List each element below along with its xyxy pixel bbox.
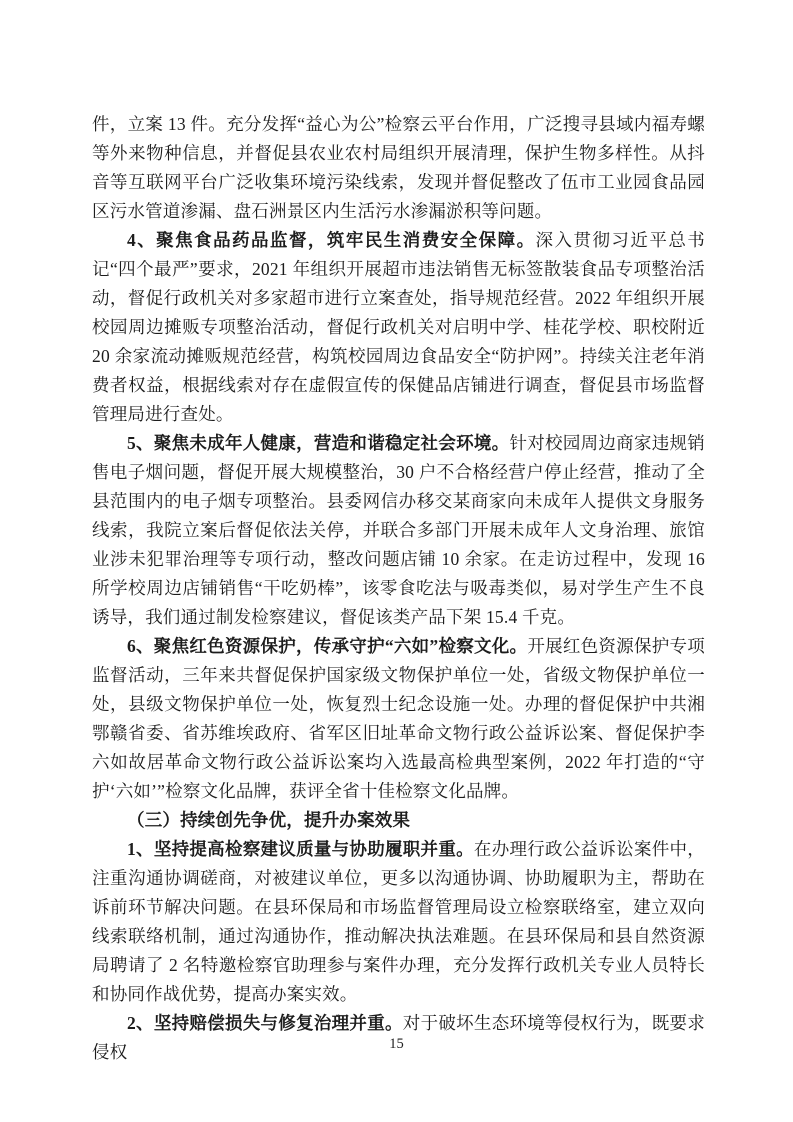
section-heading: （三）持续创先争优，提升办案效果 (92, 806, 705, 835)
paragraph-item-6: 6、聚焦红色资源保护，传承守护“六如”检察文化。开展红色资源保护专项监督活动，三… (92, 632, 705, 806)
paragraph-lead: 1、坚持提高检察建议质量与协助履职并重。 (127, 839, 474, 859)
paragraph-item-4: 4、聚焦食品药品监督，筑牢民生消费安全保障。深入贯彻习近平总书记“四个最严”要求… (92, 226, 705, 429)
paragraph-lead: 5、聚焦未成年人健康，营造和谐稳定社会环境。 (127, 433, 509, 453)
paragraph-text: 针对校园周边商家违规销售电子烟问题，督促开展大规模整治，30 户不合格经营户停止… (92, 433, 705, 627)
paragraph-text: 深入贯彻习近平总书记“四个最严”要求，2021 年组织开展超市违法销售无标签散装… (92, 230, 705, 424)
section-heading-text: （三）持续创先争优，提升办案效果 (127, 810, 410, 830)
page-number: 15 (0, 1036, 793, 1053)
paragraph-text: 开展红色资源保护专项监督活动，三年来共督促保护国家级文物保护单位一处，省级文物保… (92, 636, 705, 801)
paragraph-lead: 4、聚焦食品药品监督，筑牢民生消费安全保障。 (127, 230, 536, 250)
paragraph-lead: 6、聚焦红色资源保护，传承守护“六如”检察文化。 (127, 636, 527, 656)
paragraph-text: 件，立案 13 件。充分发挥“益心为公”检察云平台作用，广泛搜寻县域内福寿螺等外… (92, 114, 705, 221)
paragraph-item-5: 5、聚焦未成年人健康，营造和谐稳定社会环境。针对校园周边商家违规销售电子烟问题，… (92, 429, 705, 632)
paragraph-lead: 2、坚持赔偿损失与修复治理并重。 (127, 1013, 403, 1033)
paragraph-text: 在办理行政公益诉讼案件中，注重沟通协调磋商，对被建议单位，更多以沟通协调、协助履… (92, 839, 705, 1004)
document-page: 件，立案 13 件。充分发挥“益心为公”检察云平台作用，广泛搜寻县域内福寿螺等外… (0, 0, 793, 1122)
paragraph-item-1: 1、坚持提高检察建议质量与协助履职并重。在办理行政公益诉讼案件中，注重沟通协调磋… (92, 835, 705, 1009)
document-body: 件，立案 13 件。充分发挥“益心为公”检察云平台作用，广泛搜寻县域内福寿螺等外… (92, 110, 705, 1067)
paragraph-continuation: 件，立案 13 件。充分发挥“益心为公”检察云平台作用，广泛搜寻县域内福寿螺等外… (92, 110, 705, 226)
